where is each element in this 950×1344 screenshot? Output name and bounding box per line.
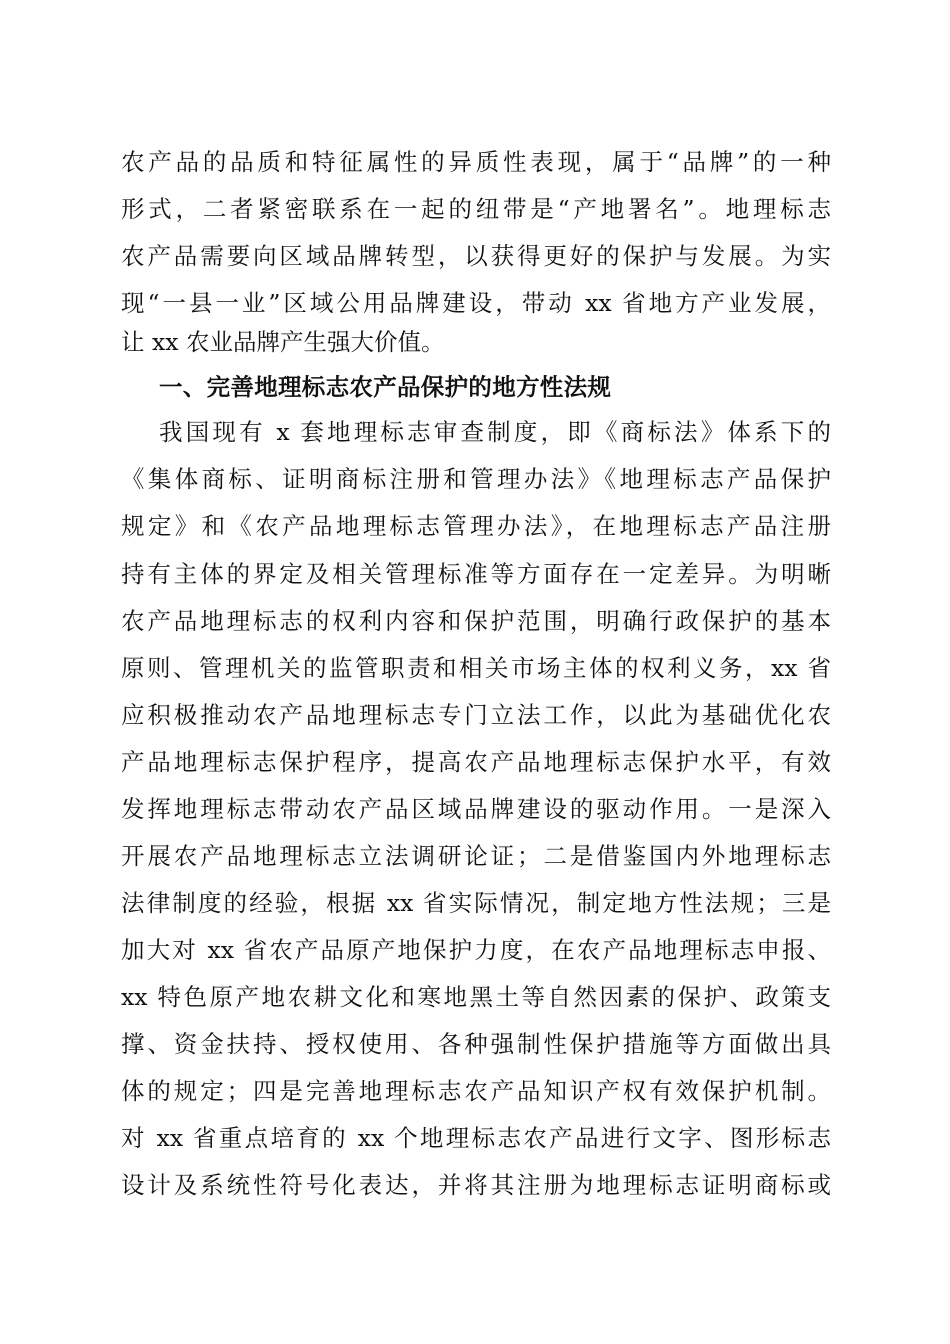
paragraph-line: 农产品需要向区域品牌转型，以获得更好的保护与发展。为实 (121, 241, 831, 271)
paragraph-line: 现“一县一业”区域公用品牌建设，带动 xx 省地方产业发展， (121, 288, 831, 318)
paragraph-line: 形式，二者紧密联系在一起的纽带是“产地署名”。地理标志 (121, 194, 831, 224)
paragraph-line: 加大对 xx 省农产品原产地保护力度，在农产品地理标志申报、 (121, 935, 831, 965)
paragraph-line: xx 特色原产地农耕文化和寒地黑土等自然因素的保护、政策支 (121, 982, 831, 1012)
paragraph-line: 我国现有 x 套地理标志审查制度，即《商标法》体系下的 (159, 417, 831, 447)
paragraph-line: 让 xx 农业品牌产生强大价值。 (121, 327, 831, 357)
paragraph-line: 《集体商标、证明商标注册和管理办法》《地理标志产品保护 (121, 464, 831, 494)
paragraph-line: 法律制度的经验，根据 xx 省实际情况，制定地方性法规；三是 (121, 888, 831, 918)
paragraph-line: 农产品地理标志的权利内容和保护范围，明确行政保护的基本 (121, 606, 831, 636)
paragraph-line: 撑、资金扶持、授权使用、各种强制性保护措施等方面做出具 (121, 1029, 831, 1059)
paragraph-line: 设计及系统性符号化表达，并将其注册为地理标志证明商标或 (121, 1170, 831, 1200)
document-page: 农产品的品质和特征属性的异质性表现，属于“品牌”的一种 形式，二者紧密联系在一起… (0, 0, 950, 1344)
paragraph-line: 体的规定；四是完善地理标志农产品知识产权有效保护机制。 (121, 1076, 831, 1106)
paragraph-line: 发挥地理标志带动农产品区域品牌建设的驱动作用。一是深入 (121, 794, 831, 824)
paragraph-line: 规定》和《农产品地理标志管理办法》，在地理标志产品注册 (121, 511, 831, 541)
section-heading: 一、完善地理标志农产品保护的地方性法规 (159, 372, 611, 402)
paragraph-line: 产品地理标志保护程序，提高农产品地理标志保护水平，有效 (121, 747, 831, 777)
paragraph-line: 开展农产品地理标志立法调研论证；二是借鉴国内外地理标志 (121, 841, 831, 871)
paragraph-line: 应积极推动农产品地理标志专门立法工作，以此为基础优化农 (121, 700, 831, 730)
paragraph-line: 对 xx 省重点培育的 xx 个地理标志农产品进行文字、图形标志 (121, 1123, 831, 1153)
paragraph-line: 持有主体的界定及相关管理标准等方面存在一定差异。为明晰 (121, 559, 831, 589)
paragraph-line: 农产品的品质和特征属性的异质性表现，属于“品牌”的一种 (121, 147, 831, 177)
paragraph-line: 原则、管理机关的监管职责和相关市场主体的权利义务，xx 省 (121, 653, 831, 683)
